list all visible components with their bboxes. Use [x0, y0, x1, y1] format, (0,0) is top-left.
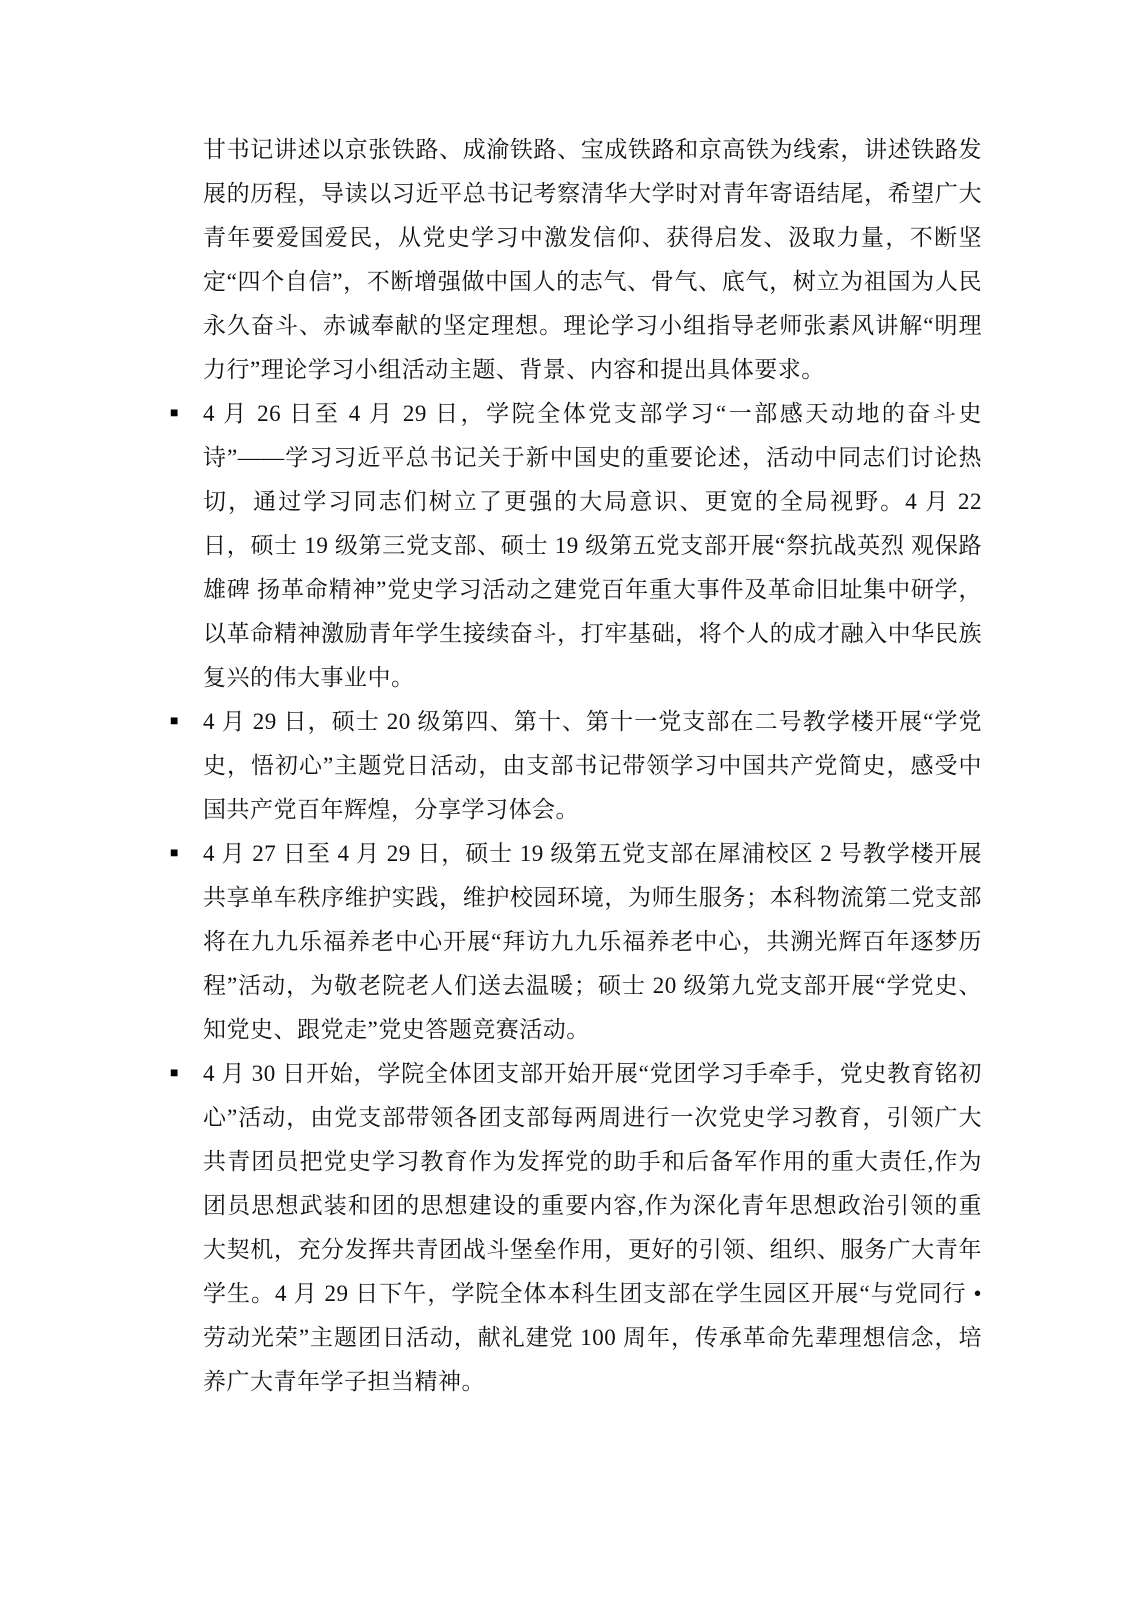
bullet-item-text: 4 月 27 日至 4 月 29 日，硕士 19 级第五党支部在犀浦校区 2 号… [203, 841, 982, 1042]
bullet-square-icon: ■ [170, 392, 190, 436]
bullet-item-text: 4 月 26 日至 4 月 29 日，学院全体党支部学习“一部感天动地的奋斗史诗… [203, 401, 982, 690]
bullet-item: ■ 4 月 30 日开始，学院全体团支部开始开展“党团学习手牵手，党史教育铭初心… [170, 1052, 982, 1404]
bullet-item: ■ 4 月 26 日至 4 月 29 日，学院全体党支部学习“一部感天动地的奋斗… [170, 392, 982, 700]
bullet-item-text: 4 月 30 日开始，学院全体团支部开始开展“党团学习手牵手，党史教育铭初心”活… [203, 1061, 982, 1394]
bullet-square-icon: ■ [170, 832, 190, 876]
bullet-item: ■ 4 月 27 日至 4 月 29 日，硕士 19 级第五党支部在犀浦校区 2… [170, 832, 982, 1052]
paragraph-text: 甘书记讲述以京张铁路、成渝铁路、宝成铁路和京高铁为线索，讲述铁路发展的历程，导读… [203, 137, 982, 382]
paragraph-continuation: 甘书记讲述以京张铁路、成渝铁路、宝成铁路和京高铁为线索，讲述铁路发展的历程，导读… [170, 128, 982, 392]
bullet-item: ■ 4 月 29 日，硕士 20 级第四、第十、第十一党支部在二号教学楼开展“学… [170, 700, 982, 832]
bullet-square-icon: ■ [170, 700, 190, 744]
bullet-item-text: 4 月 29 日，硕士 20 级第四、第十、第十一党支部在二号教学楼开展“学党史… [203, 709, 982, 822]
document-page: 甘书记讲述以京张铁路、成渝铁路、宝成铁路和京高铁为线索，讲述铁路发展的历程，导读… [0, 0, 1131, 1600]
bullet-square-icon: ■ [170, 1052, 190, 1096]
text-block: 甘书记讲述以京张铁路、成渝铁路、宝成铁路和京高铁为线索，讲述铁路发展的历程，导读… [170, 128, 982, 1404]
